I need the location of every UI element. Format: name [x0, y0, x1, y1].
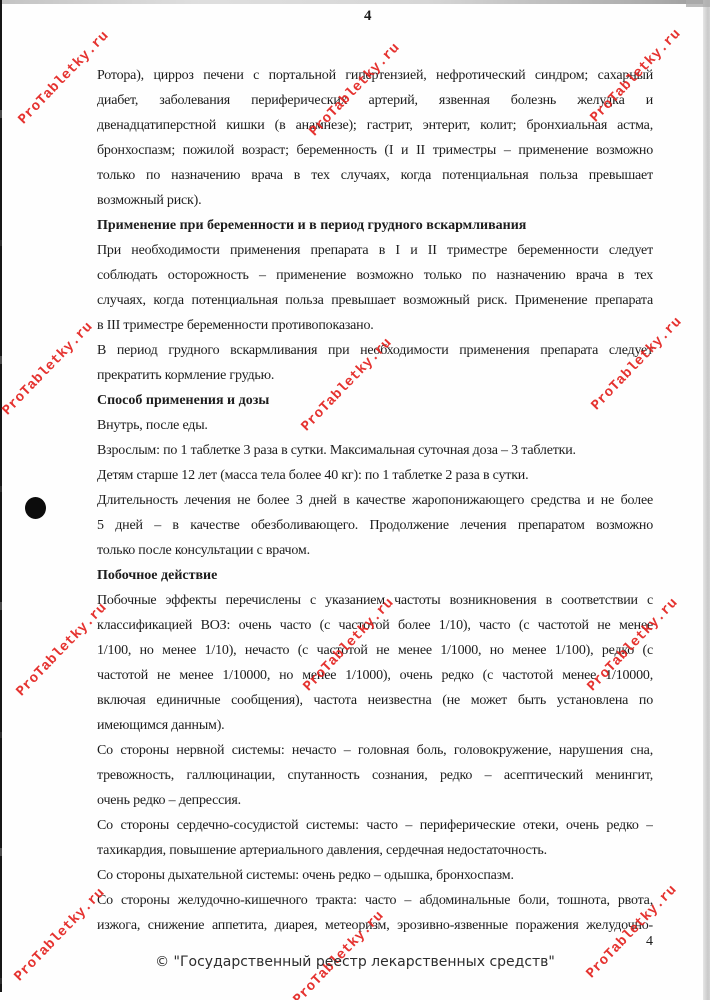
text-line: в III триместре беременности противопока…	[97, 313, 653, 338]
text-line: имеющимся данным).	[97, 713, 653, 738]
text-line: двенадцатиперстной кишки (в анамнезе); г…	[97, 113, 653, 138]
text-line: 5 дней – в качестве обезболивающего. Про…	[97, 513, 653, 538]
scan-edge-top	[0, 0, 710, 4]
text-line: Взрослым: по 1 таблетке 3 раза в сутки. …	[97, 438, 653, 463]
text-line: При необходимости применения препарата в…	[97, 238, 653, 263]
text-line: бронхоспазм; пожилой возраст; беременнос…	[97, 138, 653, 163]
punch-hole-mark	[25, 497, 46, 519]
text-line: случаях, когда потенциальная польза прев…	[97, 288, 653, 313]
watermark-text: ProTabletky.ru	[0, 319, 97, 419]
text-line: Со стороны нервной системы: нечасто – го…	[97, 738, 653, 763]
page-number-top: 4	[98, 8, 638, 25]
text-line: Со стороны дыхательной системы: очень ре…	[97, 863, 653, 888]
text-line: Внутрь, после еды.	[97, 413, 653, 438]
document-page: 4 Ротора), цирроз печени с портальной ги…	[0, 0, 710, 1000]
page-number-bottom: 4	[646, 934, 653, 950]
section-heading: Побочное действие	[97, 563, 653, 588]
text-line: тревожность, галлюцинации, спутанность с…	[97, 763, 653, 788]
text-line: тахикардия, повышение артериального давл…	[97, 838, 653, 863]
text-line: 1/100, но менее 1/10), нечасто (с частот…	[97, 638, 653, 663]
section-heading: Способ применения и дозы	[97, 388, 653, 413]
text-line: диабет, заболевания периферических артер…	[97, 88, 653, 113]
text-line: только после консультации с врачом.	[97, 538, 653, 563]
text-line: Длительность лечения не более 3 дней в к…	[97, 488, 653, 513]
text-line: очень редко – депрессия.	[97, 788, 653, 813]
footer-copyright: © "Государственный реестр лекарственных …	[0, 954, 710, 970]
text-line: включая единичные сообщения), частота не…	[97, 688, 653, 713]
document-body: Ротора), цирроз печени с портальной гипе…	[97, 63, 653, 938]
scan-edge-right	[703, 0, 710, 1000]
text-line: возможный риск).	[97, 188, 653, 213]
text-line: Детям старше 12 лет (масса тела более 40…	[97, 463, 653, 488]
text-line: Со стороны сердечно-сосудистой системы: …	[97, 813, 653, 838]
scan-corner-smudge	[686, 0, 710, 7]
text-line: соблюдать осторожность – применение возм…	[97, 263, 653, 288]
scan-edge-left	[0, 0, 2, 992]
watermark-text: ProTabletky.ru	[13, 600, 110, 700]
text-line: частотой не менее 1/10000, но менее 1/10…	[97, 663, 653, 688]
section-heading: Применение при беременности и в период г…	[97, 213, 653, 238]
text-line: только по назначению врача в тех случаях…	[97, 163, 653, 188]
